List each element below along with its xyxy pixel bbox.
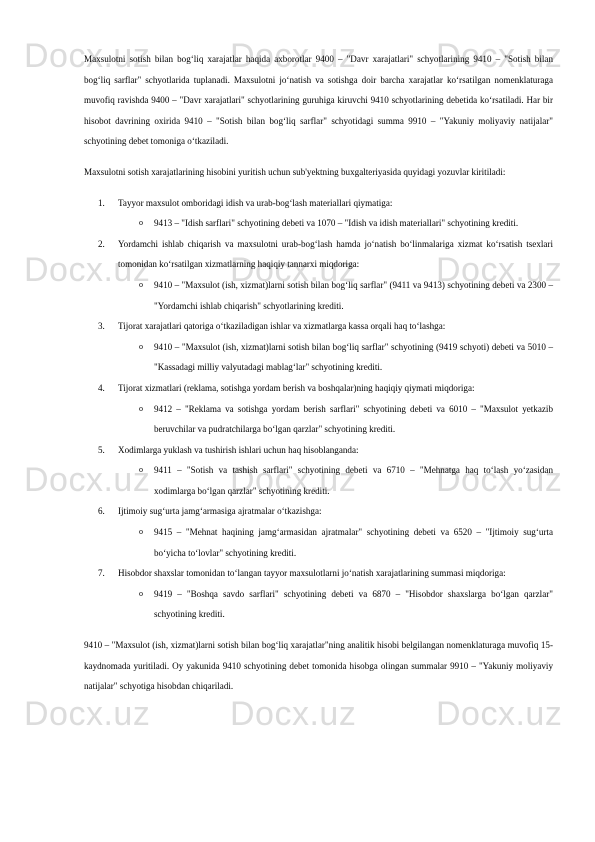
sub-item-text: 9412 – "Reklama va sotishga yordam beris…	[154, 404, 553, 435]
sub-item-text: 9410 – "Maxsulot (ish, xizmat)larni soti…	[154, 342, 553, 373]
list-item: 2. Yordamchi ishlab chiqarish va maxsulo…	[84, 234, 553, 316]
item-text: Xodimlarga yuklash va tushirish ishlari …	[118, 445, 359, 455]
sub-item: o9410 – "Maxsulot (ish, xizmat)larni sot…	[84, 275, 553, 316]
intro-paragraph: Maxsulotni sotish bilan bog‘liq xarajatl…	[84, 49, 553, 152]
circle-bullet-icon: o	[139, 213, 143, 234]
item-text: Yordamchi ishlab chiqarish va maxsulotni…	[118, 239, 553, 270]
watermark: Docx.uz	[230, 696, 356, 732]
sub-item-text: 9411 – "Sotish va tashish sarflari" schy…	[154, 465, 553, 496]
lead-paragraph: Maxsulotni sotish xarajatlarining hisobi…	[84, 162, 553, 183]
circle-bullet-icon: o	[139, 522, 143, 543]
sub-item-text: 9415 – "Mehnat haqining jamg‘armasidan a…	[154, 527, 553, 558]
circle-bullet-icon: o	[139, 399, 143, 420]
item-text: Tayyor maxsulot omboridagi idish va urab…	[118, 198, 392, 208]
sub-item: o9415 – "Mehnat haqining jamg‘armasidan …	[84, 522, 553, 563]
sub-item-text: 9410 – "Maxsulot (ish, xizmat)larni soti…	[154, 280, 553, 311]
sub-item: o9412 – "Reklama va sotishga yordam beri…	[84, 399, 553, 440]
item-number: 7.	[98, 563, 105, 584]
item-number: 2.	[98, 234, 105, 255]
list-item: 3. Tijorat xarajatlari qatoriga o‘tkazil…	[84, 316, 553, 378]
sub-item: o9413 – "Idish sarflari" schyotining deb…	[84, 213, 553, 234]
sub-item: o9419 – "Boshqa savdo sarflari" schyotin…	[84, 584, 553, 625]
item-number: 5.	[98, 440, 105, 461]
list-item: 1. Tayyor maxsulot omboridagi idish va u…	[84, 193, 553, 234]
list-item: 6. Ijtimoiy sug‘urta jamg‘armasiga ajrat…	[84, 501, 553, 563]
document-page: Maxsulotni sotish bilan bog‘liq xarajatl…	[84, 49, 553, 697]
list-item: 7. Hisobdor shaxslar tomonidan to‘langan…	[84, 563, 553, 625]
item-number: 4.	[98, 378, 105, 399]
item-text: Ijtimoiy sug‘urta jamg‘armasiga ajratmal…	[118, 506, 322, 516]
item-number: 3.	[98, 316, 105, 337]
watermark: Docx.uz	[436, 696, 562, 732]
circle-bullet-icon: o	[139, 460, 143, 481]
circle-bullet-icon: o	[139, 275, 143, 296]
watermark: Docx.uz	[24, 696, 150, 732]
item-number: 6.	[98, 501, 105, 522]
list-item: 4. Tijorat xizmatlari (reklama, sotishga…	[84, 378, 553, 440]
sub-item: o9411 – "Sotish va tashish sarflari" sch…	[84, 460, 553, 501]
item-text: Tijorat xizmatlari (reklama, sotishga yo…	[118, 383, 475, 393]
closing-paragraph: 9410 – "Maxsulot (ish, xizmat)larni soti…	[84, 635, 553, 697]
item-text: Tijorat xarajatlari qatoriga o‘tkaziladi…	[118, 321, 445, 331]
sub-item-text: 9413 – "Idish sarflari" schyotining debe…	[154, 218, 518, 228]
list-item: 5. Xodimlarga yuklash va tushirish ishla…	[84, 440, 553, 502]
item-number: 1.	[98, 193, 105, 214]
sub-item-text: 9419 – "Boshqa savdo sarflari" schyotini…	[154, 589, 553, 620]
sub-item: o9410 – "Maxsulot (ish, xizmat)larni sot…	[84, 337, 553, 378]
journal-entries-list: 1. Tayyor maxsulot omboridagi idish va u…	[84, 193, 553, 625]
item-text: Hisobdor shaxslar tomonidan to‘langan ta…	[118, 568, 506, 578]
circle-bullet-icon: o	[139, 584, 143, 605]
circle-bullet-icon: o	[139, 337, 143, 358]
